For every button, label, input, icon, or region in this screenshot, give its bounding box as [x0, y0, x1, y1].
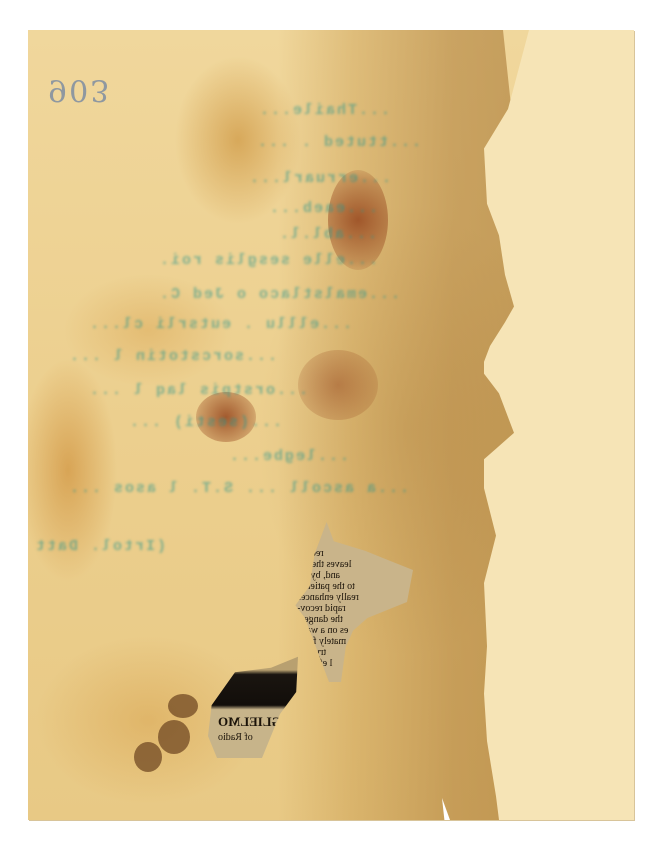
- news-line: and, by re-: [297, 570, 397, 581]
- typed-line: ...(sesti) ...: [128, 414, 282, 431]
- typed-line: ...a ascoll ... S.T. l asos ...: [68, 480, 409, 497]
- typed-line: ...abl.l.: [278, 226, 377, 243]
- document-sheet: 903 ...Thaile... ...ttuted . ... ...erru…: [28, 30, 634, 820]
- typed-line: ...eaeb...: [268, 200, 378, 217]
- news-line: to the patient's: [297, 581, 397, 592]
- typed-line: ...ttuted . ...: [256, 134, 421, 151]
- typed-line: ...erruarl...: [248, 170, 391, 187]
- typed-line: ...legbe...: [228, 448, 349, 465]
- typed-text-bleedthrough: ...Thaile... ...ttuted . ... ...erruarl.…: [28, 30, 634, 820]
- news-line: really enhances: [297, 592, 397, 603]
- typed-line: ...elle sesglis roi.: [158, 252, 378, 269]
- typed-line: ...sorcstotin l ...: [68, 348, 277, 365]
- typed-line: ...elllu . eutsrli cl...: [88, 316, 352, 333]
- newspaper-subheadline: of Radio: [218, 732, 253, 743]
- typed-line: ...Thaile...: [258, 102, 390, 119]
- typed-line: ...emalstlaco o Jed C.: [158, 286, 400, 303]
- typed-line: (Irtol. Datt: [34, 538, 166, 555]
- typed-line: ...orstpis laq l ...: [88, 382, 308, 399]
